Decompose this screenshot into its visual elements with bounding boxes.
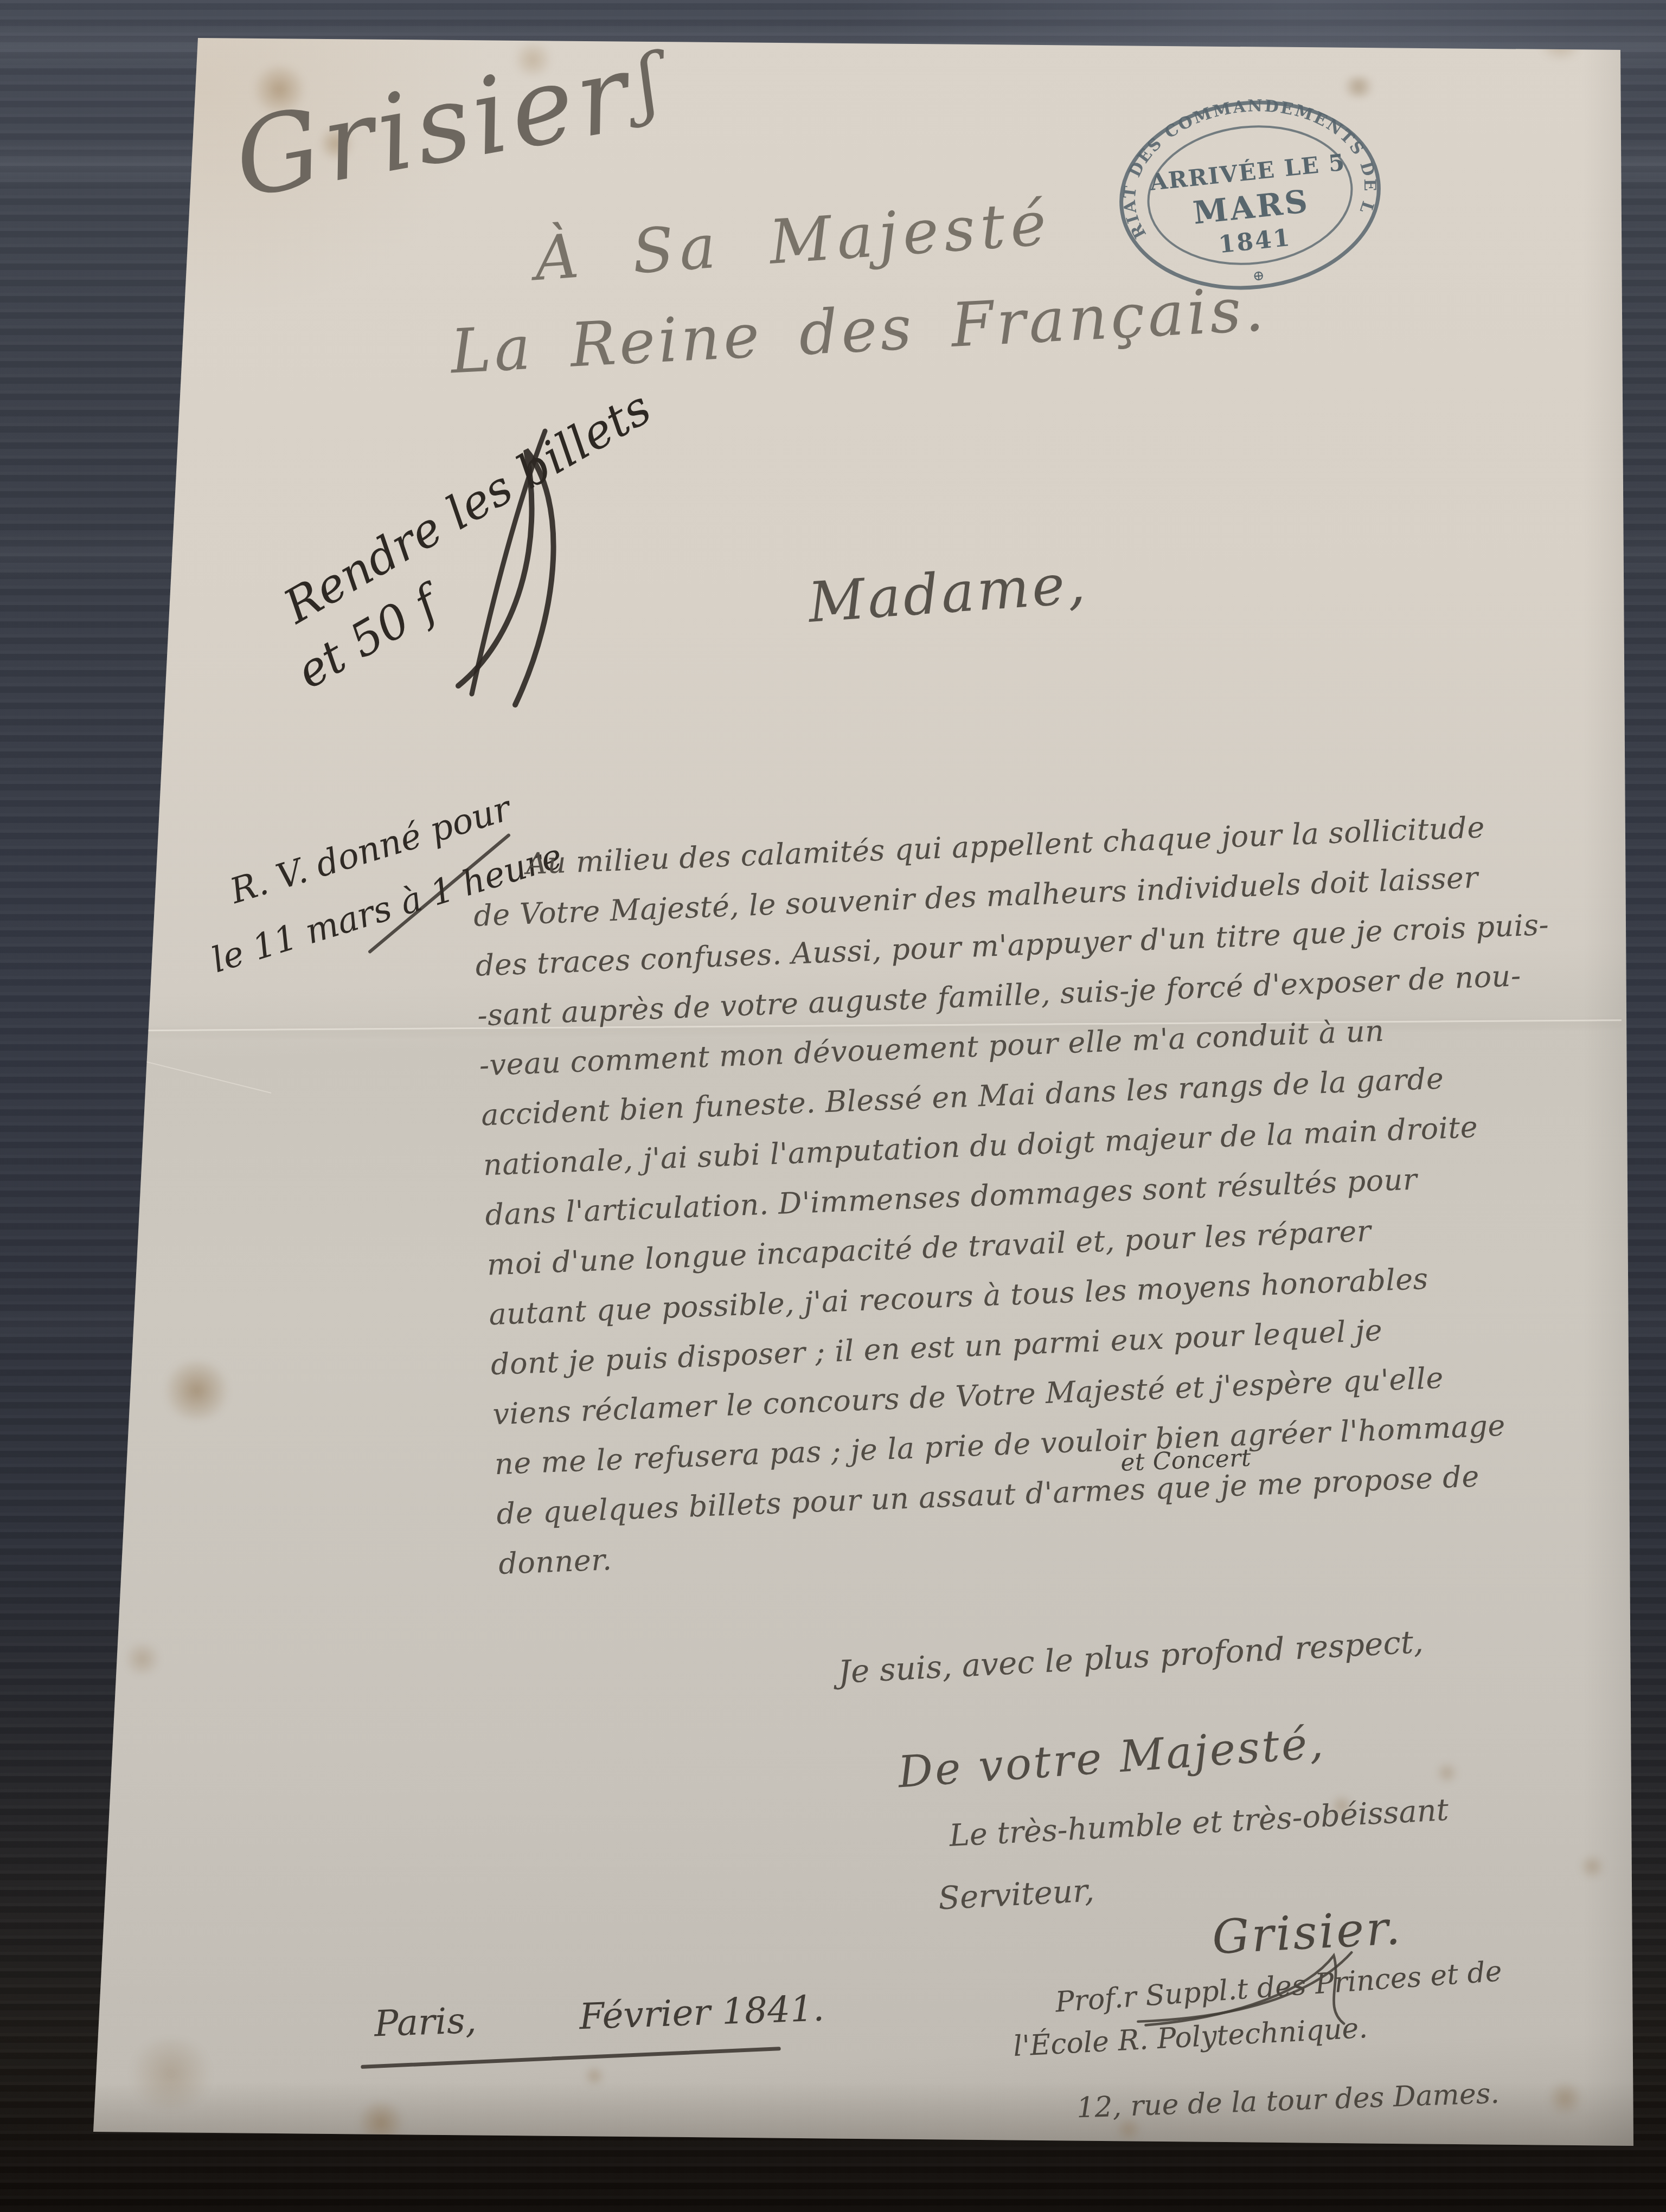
date-underline-flourish xyxy=(361,2047,781,2069)
letter-document: Grisierʃ SECRÉTARIAT DES COMMANDEMENTS D… xyxy=(0,0,1666,2212)
ink-paraph-flourish xyxy=(434,412,597,716)
foxing-spot xyxy=(1578,1854,1606,1879)
place-date-line: Paris,Février 1841. xyxy=(374,1988,825,2045)
date-text: Février 1841. xyxy=(579,1988,825,2038)
foxing-spot xyxy=(125,2039,217,2109)
place-text: Paris, xyxy=(374,1999,477,2045)
docket-flourish-mark: ʃ xyxy=(630,37,670,128)
letter-body: Au milieu des calamités qui appellent ch… xyxy=(471,799,1616,1589)
stamp-month: MARS xyxy=(1191,183,1311,232)
foxing-spot xyxy=(1434,1762,1459,1784)
closing-respect-line: Je suis, avec le plus profond respect, xyxy=(837,1623,1424,1690)
docket-name: Grisierʃ xyxy=(226,27,666,222)
foxing-spot xyxy=(122,1643,163,1675)
closing-servant-line: Serviteur, xyxy=(937,1872,1095,1917)
stamp-year: 1841 xyxy=(1217,224,1292,259)
salutation: Madame, xyxy=(806,551,1090,635)
foxing-spot xyxy=(1546,2082,1585,2114)
closing-humble-line: Le très-humble et très-obéissant xyxy=(949,1792,1450,1854)
closing-majesty-line: De votre Majesté, xyxy=(896,1718,1327,1798)
photo-scene: Grisierʃ SECRÉTARIAT DES COMMANDEMENTS D… xyxy=(0,0,1666,2212)
foxing-spot xyxy=(160,1361,233,1420)
arrival-stamp: SECRÉTARIAT DES COMMANDEMENTS DE LA REIN… xyxy=(1097,83,1404,307)
foxing-spot xyxy=(583,2066,606,2086)
date-gap xyxy=(477,2029,580,2033)
interlinear-insertion: et Concert xyxy=(1120,1433,1252,1488)
docket-name-text: Grisier xyxy=(226,31,642,222)
addressee-line-majesty: À Sa Majesté xyxy=(533,188,1054,294)
